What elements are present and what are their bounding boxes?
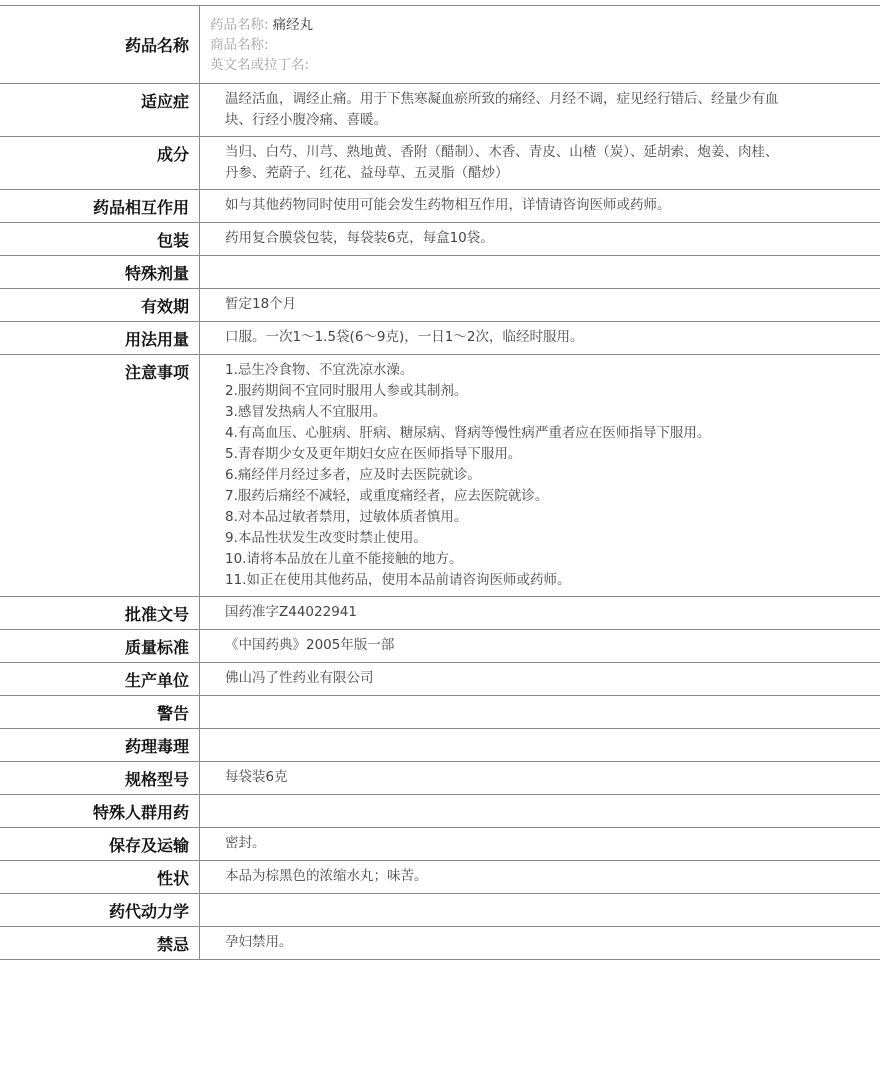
- row-drug-name: 药品名称 药品名称:痛经丸 商品名称: 英文名或拉丁名:: [0, 6, 880, 84]
- row-storage: 保存及运输 密封。: [0, 828, 880, 861]
- value-description: 本品为棕黑色的浓缩水丸；味苦。: [200, 861, 880, 894]
- drug-spec-table: 药品名称 药品名称:痛经丸 商品名称: 英文名或拉丁名: 适应症 温经活血，调经…: [0, 5, 880, 960]
- value-usage: 口服。一次1～1.5袋(6～9克)，一日1～2次，临经时服用。: [200, 322, 880, 355]
- label-warning: 警告: [0, 696, 200, 729]
- value-special-dosage: [200, 256, 880, 289]
- value-packaging: 药用复合膜袋包装，每袋装6克，每盒10袋。: [200, 223, 880, 256]
- value-specification: 每袋装6克: [200, 762, 880, 795]
- precaution-item: 11.如正在使用其他药品，使用本品前请咨询医师或药师。: [225, 570, 785, 591]
- generic-name-label: 药品名称:: [210, 17, 269, 33]
- row-indications: 适应症 温经活血，调经止痛。用于下焦寒凝血瘀所致的痛经、月经不调，症见经行错后、…: [0, 84, 880, 137]
- drug-name-cell: 药品名称:痛经丸 商品名称: 英文名或拉丁名:: [200, 6, 880, 84]
- label-approval-number: 批准文号: [0, 597, 200, 630]
- label-packaging: 包装: [0, 223, 200, 256]
- precaution-item: 9.本品性状发生改变时禁止使用。: [225, 528, 785, 549]
- value-quality-standard: 《中国药典》2005年版一部: [200, 630, 880, 663]
- precaution-item: 1.忌生冷食物、不宜洗凉水澡。: [225, 360, 785, 381]
- row-shelf-life: 有效期 暂定18个月: [0, 289, 880, 322]
- label-pharmacokinetics: 药代动力学: [0, 894, 200, 927]
- row-manufacturer: 生产单位 佛山冯了性药业有限公司: [0, 663, 880, 696]
- value-storage: 密封。: [200, 828, 880, 861]
- precaution-item: 4.有高血压、心脏病、肝病、糖尿病、肾病等慢性病严重者应在医师指导下服用。: [225, 423, 785, 444]
- label-interactions: 药品相互作用: [0, 190, 200, 223]
- label-pharmacology: 药理毒理: [0, 729, 200, 762]
- generic-name-line: 药品名称:痛经丸: [210, 15, 870, 35]
- value-interactions: 如与其他药物同时使用可能会发生药物相互作用，详情请咨询医师或药师。: [200, 190, 880, 223]
- trade-name-line: 商品名称:: [210, 35, 870, 55]
- value-shelf-life: 暂定18个月: [200, 289, 880, 322]
- label-usage: 用法用量: [0, 322, 200, 355]
- row-warning: 警告: [0, 696, 880, 729]
- generic-name-value: 痛经丸: [273, 17, 314, 33]
- value-indications: 温经活血，调经止痛。用于下焦寒凝血瘀所致的痛经、月经不调，症见经行错后、经量少有…: [200, 84, 880, 137]
- label-special-populations: 特殊人群用药: [0, 795, 200, 828]
- label-description: 性状: [0, 861, 200, 894]
- trade-name-label: 商品名称:: [210, 37, 269, 53]
- precaution-item: 6.痛经伴月经过多者，应及时去医院就诊。: [225, 465, 785, 486]
- row-approval-number: 批准文号 国药准字Z44022941: [0, 597, 880, 630]
- label-precautions: 注意事项: [0, 355, 200, 597]
- value-manufacturer: 佛山冯了性药业有限公司: [200, 663, 880, 696]
- label-quality-standard: 质量标准: [0, 630, 200, 663]
- precaution-item: 7.服药后痛经不减轻，或重度痛经者，应去医院就诊。: [225, 486, 785, 507]
- row-precautions: 注意事项 1.忌生冷食物、不宜洗凉水澡。 2.服药期间不宜同时服用人参或其制剂。…: [0, 355, 880, 597]
- value-warning: [200, 696, 880, 729]
- value-pharmacology: [200, 729, 880, 762]
- label-drug-name: 药品名称: [0, 6, 200, 84]
- precaution-item: 8.对本品过敏者禁用，过敏体质者慎用。: [225, 507, 785, 528]
- value-contraindications: 孕妇禁用。: [200, 927, 880, 960]
- row-ingredients: 成分 当归、白芍、川芎、熟地黄、香附（醋制）、木香、青皮、山楂（炭）、延胡索、炮…: [0, 137, 880, 190]
- row-special-dosage: 特殊剂量: [0, 256, 880, 289]
- precaution-item: 10.请将本品放在儿童不能接触的地方。: [225, 549, 785, 570]
- row-description: 性状 本品为棕黑色的浓缩水丸；味苦。: [0, 861, 880, 894]
- precaution-item: 5.青春期少女及更年期妇女应在医师指导下服用。: [225, 444, 785, 465]
- precaution-item: 2.服药期间不宜同时服用人参或其制剂。: [225, 381, 785, 402]
- precautions-list: 1.忌生冷食物、不宜洗凉水澡。 2.服药期间不宜同时服用人参或其制剂。 3.感冒…: [225, 360, 785, 591]
- value-approval-number: 国药准字Z44022941: [200, 597, 880, 630]
- label-specification: 规格型号: [0, 762, 200, 795]
- label-manufacturer: 生产单位: [0, 663, 200, 696]
- label-special-dosage: 特殊剂量: [0, 256, 200, 289]
- row-pharmacokinetics: 药代动力学: [0, 894, 880, 927]
- english-name-line: 英文名或拉丁名:: [210, 55, 870, 75]
- row-specification: 规格型号 每袋装6克: [0, 762, 880, 795]
- row-usage: 用法用量 口服。一次1～1.5袋(6～9克)，一日1～2次，临经时服用。: [0, 322, 880, 355]
- row-special-populations: 特殊人群用药: [0, 795, 880, 828]
- value-special-populations: [200, 795, 880, 828]
- label-contraindications: 禁忌: [0, 927, 200, 960]
- value-pharmacokinetics: [200, 894, 880, 927]
- label-indications: 适应症: [0, 84, 200, 137]
- row-interactions: 药品相互作用 如与其他药物同时使用可能会发生药物相互作用，详情请咨询医师或药师。: [0, 190, 880, 223]
- row-contraindications: 禁忌 孕妇禁用。: [0, 927, 880, 960]
- row-packaging: 包装 药用复合膜袋包装，每袋装6克，每盒10袋。: [0, 223, 880, 256]
- row-quality-standard: 质量标准 《中国药典》2005年版一部: [0, 630, 880, 663]
- value-ingredients: 当归、白芍、川芎、熟地黄、香附（醋制）、木香、青皮、山楂（炭）、延胡索、炮姜、肉…: [200, 137, 880, 190]
- label-shelf-life: 有效期: [0, 289, 200, 322]
- precaution-item: 3.感冒发热病人不宜服用。: [225, 402, 785, 423]
- value-precautions: 1.忌生冷食物、不宜洗凉水澡。 2.服药期间不宜同时服用人参或其制剂。 3.感冒…: [200, 355, 880, 597]
- label-storage: 保存及运输: [0, 828, 200, 861]
- english-name-label: 英文名或拉丁名:: [210, 57, 309, 73]
- row-pharmacology: 药理毒理: [0, 729, 880, 762]
- label-ingredients: 成分: [0, 137, 200, 190]
